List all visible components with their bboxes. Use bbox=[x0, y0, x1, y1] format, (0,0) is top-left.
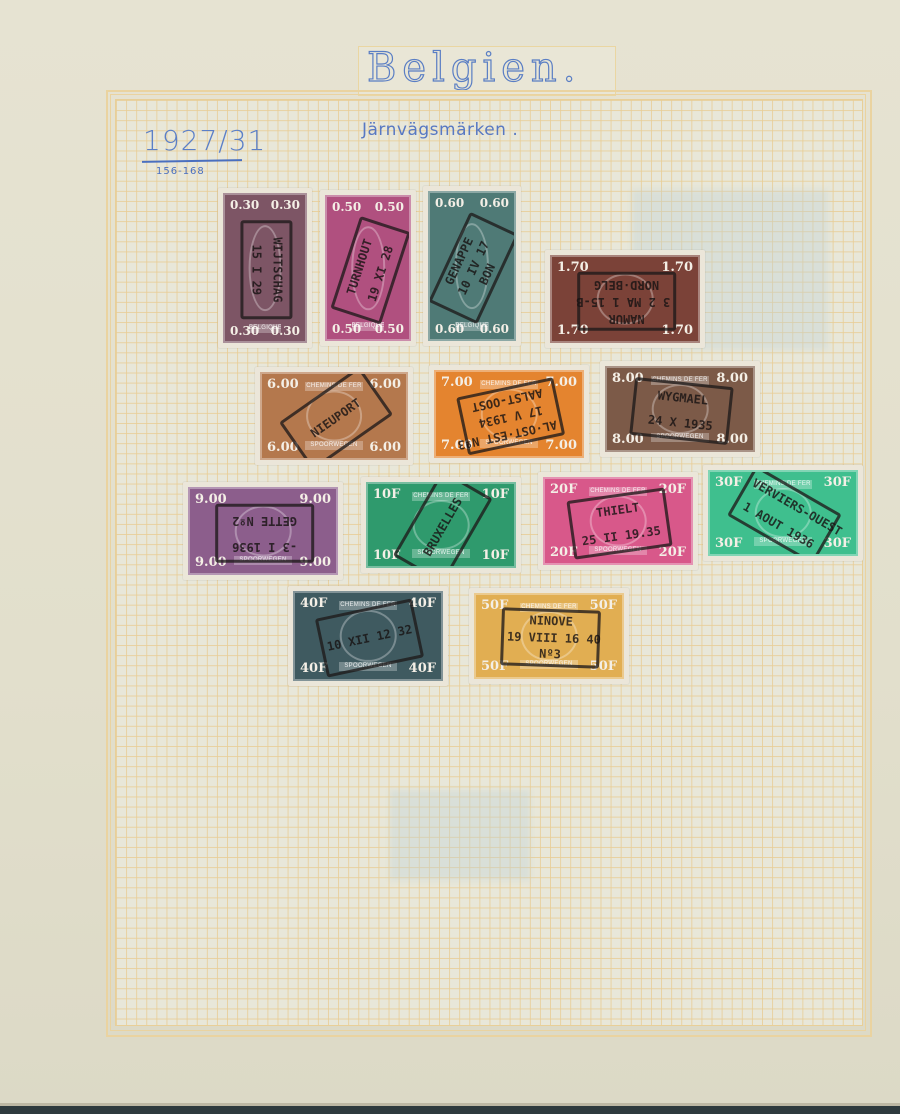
stamp-ghost-mark bbox=[390, 790, 530, 880]
stamp-20f[interactable]: 20F20F20F20FCHEMINS DE FERSPOORWEGENTHIE… bbox=[538, 472, 698, 570]
postmark-text: 3 2 MA 1 15-B bbox=[583, 295, 670, 308]
stamp-design: 10F10F10F10FCHEMINS DE FERSPOORWEGENBRUX… bbox=[366, 482, 516, 568]
postmark-cancel: WYGMAEL24 X 1935 bbox=[630, 377, 735, 445]
stamp-value: 10F bbox=[479, 547, 512, 564]
stamp-value: 7.00 bbox=[438, 374, 476, 391]
stamp-value: 0.60 bbox=[432, 195, 467, 211]
stamp-design: 9.009.009.009.00SPOORWEGEN-3 I 1936GETTE… bbox=[188, 487, 338, 575]
stamp-6-00[interactable]: 6.006.006.006.00CHEMINS DE FERSPOORWEGEN… bbox=[255, 367, 413, 465]
country-title-box: Belgien. bbox=[358, 46, 616, 96]
stamp-value: 0.30 bbox=[268, 197, 303, 213]
postmark-cancel: WIJTSCHAG15 I 29 bbox=[241, 220, 293, 319]
stamp-design: 7.007.007.007.00CHEMINS DE FERSPOORWEGEN… bbox=[434, 370, 584, 458]
stamp-value: 8.00 bbox=[713, 370, 751, 387]
stamp-value: 20F bbox=[547, 481, 580, 498]
stamp-bottom-banner: BELGIQUE · BELGIE bbox=[249, 324, 281, 333]
stamp-40f[interactable]: 40F40F40F40FCHEMINS DE FERSPOORWEGEN10 X… bbox=[288, 586, 448, 686]
postmark-text: WIJTSCHAG bbox=[272, 226, 285, 313]
postmark-cancel: NINOVE19 VIII 16 40Nº3 bbox=[500, 607, 601, 668]
stamp-value: 7.00 bbox=[542, 437, 580, 454]
postmark-text: 24 X 1935 bbox=[637, 412, 725, 434]
postmark-text: THIELT bbox=[574, 498, 662, 523]
stamp-50f[interactable]: 50F50F50F50FCHEMINS DE FERSPOORWEGENNINO… bbox=[469, 588, 629, 684]
section-subtitle: Järnvägsmärken . bbox=[362, 120, 518, 140]
postmark-text: GETTE Nº2 bbox=[221, 514, 308, 527]
postmark-cancel: TURNHOUT19 XI 28 bbox=[330, 216, 410, 324]
stamp-8-00[interactable]: 8.008.008.008.00CHEMINS DE FERSPOORWEGEN… bbox=[600, 361, 760, 457]
stamp-9-00[interactable]: 9.009.009.009.00SPOORWEGEN-3 I 1936GETTE… bbox=[183, 482, 343, 580]
stamp-0-50[interactable]: 0.500.500.500.50BELGIQUE · BELGIETURNHOU… bbox=[320, 190, 416, 346]
stamp-design: 40F40F40F40FCHEMINS DE FERSPOORWEGEN10 X… bbox=[293, 591, 443, 681]
stamp-value: 0.50 bbox=[329, 199, 364, 215]
postmark-cancel: NAMUR3 2 MA 1 15-BNORD·BELG bbox=[577, 272, 676, 331]
postmark-text: 15 I 29 bbox=[250, 226, 263, 313]
stamp-value: 30F bbox=[821, 474, 854, 491]
postmark-text: -3 I 1936 bbox=[221, 539, 308, 552]
postmark-text: 10 XII 12 32 bbox=[326, 623, 414, 653]
stamp-bottom-banner: BELGIQUE · BELGIE bbox=[455, 322, 489, 331]
postmark-text: 25 II 19.35 bbox=[578, 523, 666, 548]
stamp-7-00[interactable]: 7.007.007.007.00CHEMINS DE FERSPOORWEGEN… bbox=[429, 365, 589, 463]
catalogue-range: 156-168 bbox=[156, 166, 205, 177]
period-label: 1927/31 bbox=[143, 124, 266, 157]
stamp-value: 0.30 bbox=[227, 197, 262, 213]
postmark-text: NINOVE bbox=[508, 614, 596, 630]
stamp-value: 0.50 bbox=[372, 199, 407, 215]
country-title: Belgien. bbox=[367, 45, 581, 91]
stamp-value: 10F bbox=[370, 486, 403, 503]
stamp-value: 0.60 bbox=[477, 195, 512, 211]
postmark-text: NORD·BELG bbox=[583, 278, 670, 291]
postmark-text: WYGMAEL bbox=[639, 388, 727, 410]
album-page: Belgien. 1927/31 156-168 Järnvägsmärken … bbox=[0, 0, 900, 1114]
stamp-design: 6.006.006.006.00CHEMINS DE FERSPOORWEGEN… bbox=[260, 372, 408, 460]
album-cover-edge bbox=[0, 1106, 900, 1114]
stamp-design: 50F50F50F50FCHEMINS DE FERSPOORWEGENNINO… bbox=[474, 593, 624, 679]
postmark-text: NIEUPORT bbox=[297, 388, 375, 448]
postmark-text: 19 VIII 16 40 bbox=[507, 630, 595, 646]
postmark-cancel: GENAPPE10 IV 17BON bbox=[429, 212, 516, 325]
stamp-10f[interactable]: 10F10F10F10FCHEMINS DE FERSPOORWEGENBRUX… bbox=[361, 477, 521, 573]
stamp-0-60[interactable]: 0.600.600.600.60BELGIQUE · BELGIEGENAPPE… bbox=[423, 186, 521, 346]
stamp-30f[interactable]: 30F30F30F30FCHEMINS DE FERSPOORWEGENVERV… bbox=[703, 465, 863, 561]
stamp-value: 6.00 bbox=[264, 376, 302, 393]
stamp-design: 20F20F20F20FCHEMINS DE FERSPOORWEGENTHIE… bbox=[543, 477, 693, 565]
stamp-value: 30F bbox=[712, 535, 745, 552]
stamp-design: 8.008.008.008.00CHEMINS DE FERSPOORWEGEN… bbox=[605, 366, 755, 452]
stamp-value: 6.00 bbox=[366, 439, 404, 456]
postmark-text: NAMUR bbox=[583, 312, 670, 325]
postmark-cancel: -3 I 1936GETTE Nº2 bbox=[215, 504, 314, 563]
stamp-design: 30F30F30F30FCHEMINS DE FERSPOORWEGENVERV… bbox=[708, 470, 858, 556]
stamp-value: 30F bbox=[712, 474, 745, 491]
stamp-value: 40F bbox=[297, 595, 330, 612]
stamp-design: 1.701.701.701.70NAMUR3 2 MA 1 15-BNORD·B… bbox=[550, 255, 700, 343]
postmark-text: Nº3 bbox=[507, 647, 595, 663]
stamp-design: 0.300.300.300.30BELGIQUE · BELGIEWIJTSCH… bbox=[223, 193, 307, 343]
stamp-value: 40F bbox=[406, 660, 439, 677]
stamp-1-70[interactable]: 1.701.701.701.70NAMUR3 2 MA 1 15-BNORD·B… bbox=[545, 250, 705, 348]
stamp-design: 0.600.600.600.60BELGIQUE · BELGIEGENAPPE… bbox=[428, 191, 516, 341]
stamp-0-30[interactable]: 0.300.300.300.30BELGIQUE · BELGIEWIJTSCH… bbox=[218, 188, 312, 348]
stamp-design: 0.500.500.500.50BELGIQUE · BELGIETURNHOU… bbox=[325, 195, 411, 341]
